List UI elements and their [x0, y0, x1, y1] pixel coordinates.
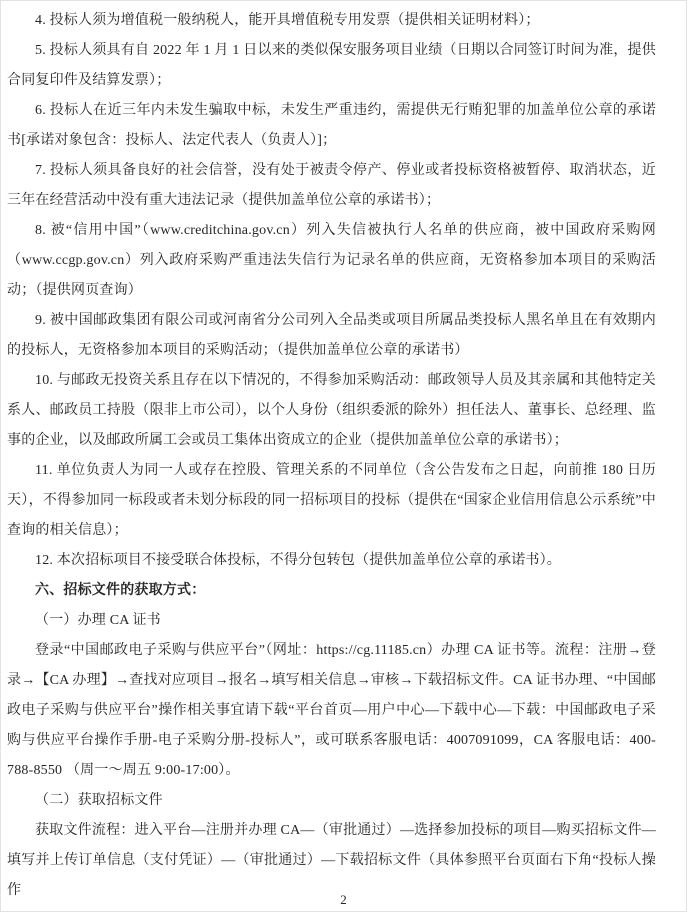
- clause-12: 12. 本次招标项目不接受联合体投标，不得分包转包（提供加盖单位公章的承诺书）。: [7, 546, 656, 576]
- clause-7: 7. 投标人须具备良好的社会信誉，没有处于被责令停产、停业或者投标资格被暂停、取…: [7, 156, 656, 216]
- page-number: 2: [1, 892, 686, 908]
- subsection-ca-certificate-title: （一）办理 CA 证书: [7, 606, 656, 636]
- clause-8: 8. 被“信用中国”（www.creditchina.gov.cn）列入失信被执…: [7, 216, 656, 306]
- clause-11: 11. 单位负责人为同一人或存在控股、管理关系的不同单位（含公告发布之日起，向前…: [7, 456, 656, 546]
- clause-6: 6. 投标人在近三年内未发生骗取中标，未发生严重违约，需提供无行贿犯罪的加盖单位…: [7, 96, 656, 156]
- clause-9: 9. 被中国邮政集团有限公司或河南省分公司列入全品类或项目所属品类投标人黑名单且…: [7, 306, 656, 366]
- subsection-obtain-documents-title: （二）获取招标文件: [7, 786, 656, 816]
- clause-10: 10. 与邮政无投资关系且存在以下情况的，不得参加采购活动：邮政领导人员及其亲属…: [7, 366, 656, 456]
- ca-certificate-process-paragraph: 登录“中国邮政电子采购与供应平台”（网址：https://cg.11185.cn…: [7, 636, 656, 786]
- clause-5: 5. 投标人须具有自 2022 年 1 月 1 日以来的类似保安服务项目业绩（日…: [7, 36, 656, 96]
- section-heading-document-acquisition: 六、招标文件的获取方式：: [7, 576, 656, 606]
- clause-4: 4. 投标人须为增值税一般纳税人，能开具增值税专用发票（提供相关证明材料）；: [7, 6, 656, 36]
- document-page: 4. 投标人须为增值税一般纳税人，能开具增值税专用发票（提供相关证明材料）； 5…: [0, 0, 687, 912]
